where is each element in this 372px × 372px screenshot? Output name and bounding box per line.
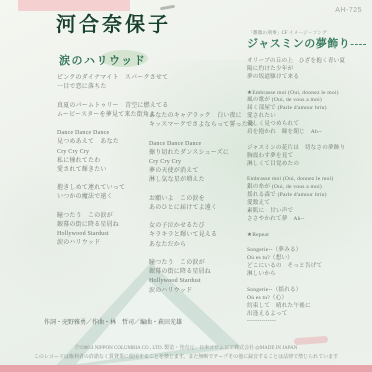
lyric-line: 銀幕の街に降る星屑ね: [149, 268, 257, 277]
lyric-line: あなただから: [149, 241, 257, 250]
lyric-line: キラキラと輝いて見える: [149, 231, 257, 240]
lyric-line: 一目で恋に落ちた: [57, 83, 157, 92]
lyric-line: 見つめあえて あなた: [57, 138, 157, 147]
lyric-line: 陽に灼けた少年が: [247, 66, 369, 74]
lyric-line: 銀の糸が (Oui, de vous a moi): [247, 184, 369, 192]
lyric-line: [57, 175, 157, 184]
songwriting-credits: 作詞・売野雅勇／作曲・林 哲司／編曲・萩田光雄: [44, 317, 182, 326]
lyric-line: 愛数えて: [247, 200, 369, 208]
side-b-song-title: ジャスミンの夢飾り----: [247, 35, 367, 51]
lyric-line: 揺れる森で (Parle d'amour brin): [247, 192, 369, 200]
lyric-line: [57, 92, 157, 101]
lyric-line: [247, 137, 369, 145]
lyric-line: [149, 213, 257, 222]
lyric-line: 淋しくて目覚めたの: [247, 161, 369, 169]
lyric-line: Où es tu?（想い）: [247, 255, 369, 263]
lyric-line: あのひとに届けてよ遠く: [149, 204, 257, 213]
lyric-line: [149, 250, 257, 259]
side-b-lyrics-column: オリーブの丘の上 ひざを抱く青い夏陽に灼けた少年が夢の坂道駆けて来る★Embra…: [247, 58, 369, 326]
lyric-line: ムービースターを夢見て来た街角よ: [57, 111, 157, 120]
lyric-line: 瞳つたう この涙が: [57, 212, 157, 221]
record-sleeve-back: 河合奈保子 AH-725 涙のハリウッド 「薔薇の刑事」CF イメージ・ソング …: [0, 0, 372, 372]
lyric-line: キッスマークでさよならって誓ったの: [149, 121, 257, 130]
lyric-line: [57, 120, 157, 129]
lyric-line: [247, 82, 369, 90]
lyric-line: 真夏のパームトゥリー 青空に燃えてる: [57, 102, 157, 111]
lyric-line: 愛されたい: [247, 113, 369, 121]
lyric-line: オリーブの丘の上 ひざを抱く青い夏: [247, 58, 369, 66]
lyric-line: 愛されて輝きたい: [57, 166, 157, 175]
lyric-line: 涙のハリウッド: [149, 287, 257, 296]
rental-notice-line: このレコードは権利者の許諾なく賃貸業に使用することを禁じます。また無断でテープそ…: [0, 353, 372, 360]
lyric-line: [149, 186, 257, 195]
lyric-line: 私に憧れてたわ: [57, 157, 157, 166]
lyric-line: どこにいるの そっと告げて: [247, 263, 369, 271]
lyric-line: 銀幕の街に降る星屑ね: [57, 221, 157, 230]
lyric-line: 擦り切れたダンスシューズに: [149, 149, 257, 158]
lyric-line: ささやかれて夢 Ah--: [247, 216, 369, 224]
lyric-line: 胸震わす夢を見て: [247, 153, 369, 161]
lyric-line: 女の子泣かせるたび: [149, 222, 257, 231]
lyric-line: いつかの魔法で遠く: [57, 193, 157, 202]
pink-band-bottom: [0, 365, 372, 372]
lyric-line: --------------: [247, 318, 369, 326]
lyric-line: ★Repeat: [247, 232, 369, 240]
lyric-line: 瞳つたう この涙が: [149, 259, 257, 268]
side-a-lyrics-column-1: ピンクのダイナマイト スパークさせて一目で恋に落ちた真夏のパームトゥリー 青空に…: [57, 74, 157, 249]
lyric-line: [149, 130, 257, 139]
lyric-line: あなたのキャデラック 白い夜に: [149, 112, 257, 121]
lyric-line: ピンクのダイナマイト スパークさせて: [57, 74, 157, 83]
lyric-line: Songerie--（揺れる）: [247, 287, 369, 295]
lyric-line: ジャスミンの花片は 切なさの夢飾り: [247, 145, 369, 153]
lyric-line: Hollywood Stardust: [57, 230, 157, 239]
lyric-line: 約束して 晴れた午後に: [247, 303, 369, 311]
lyric-line: 出逢えるよって: [247, 311, 369, 319]
lyric-line: Dance Dance Dance: [149, 140, 257, 149]
artist-name: 河合奈保子: [56, 8, 171, 37]
lyric-line: 夢の天使が消えて: [149, 167, 257, 176]
lyric-line: お願いよ この涙を: [149, 195, 257, 204]
lyric-line: Hollywood Stardust: [149, 277, 257, 286]
lyric-line: 優しく見つめられて: [247, 121, 369, 129]
label-copyright-line: Ⓟ1986.4 NIPPON COLUMBIA CO., LTD. 製造・発売元…: [0, 344, 372, 351]
side-a-song-title: 涙のハリウッド: [59, 52, 146, 68]
catalog-number: AH-725: [335, 7, 362, 14]
lyric-line: [57, 203, 157, 212]
lyric-line: 肩を抱かれ 瞳を閉じ Ah--: [247, 129, 369, 137]
lyric-line: Cry Cry Cry: [149, 158, 257, 167]
lyric-line: 夢の坂道駆けて来る: [247, 74, 369, 82]
side-a-lyrics-column-2: あなたのキャデラック 白い夜にキッスマークでさよならって誓ったのDance Da…: [149, 112, 257, 296]
lyric-line: 素肌に 甘い声で: [247, 208, 369, 216]
lyric-line: Dance Dance Dance: [57, 129, 157, 138]
lyric-line: [247, 279, 369, 287]
lyric-line: 淋しいから: [247, 271, 369, 279]
lyric-line: 涙のハリウッド: [57, 239, 157, 248]
lyric-line: 淋し気な星が増えた: [149, 176, 257, 185]
lyric-line: [247, 224, 369, 232]
lyric-line: 抱きしめて連れていって: [57, 184, 157, 193]
lyric-line: Où es tu?（心）: [247, 295, 369, 303]
lyric-line: Cry Cry Cry: [57, 148, 157, 157]
